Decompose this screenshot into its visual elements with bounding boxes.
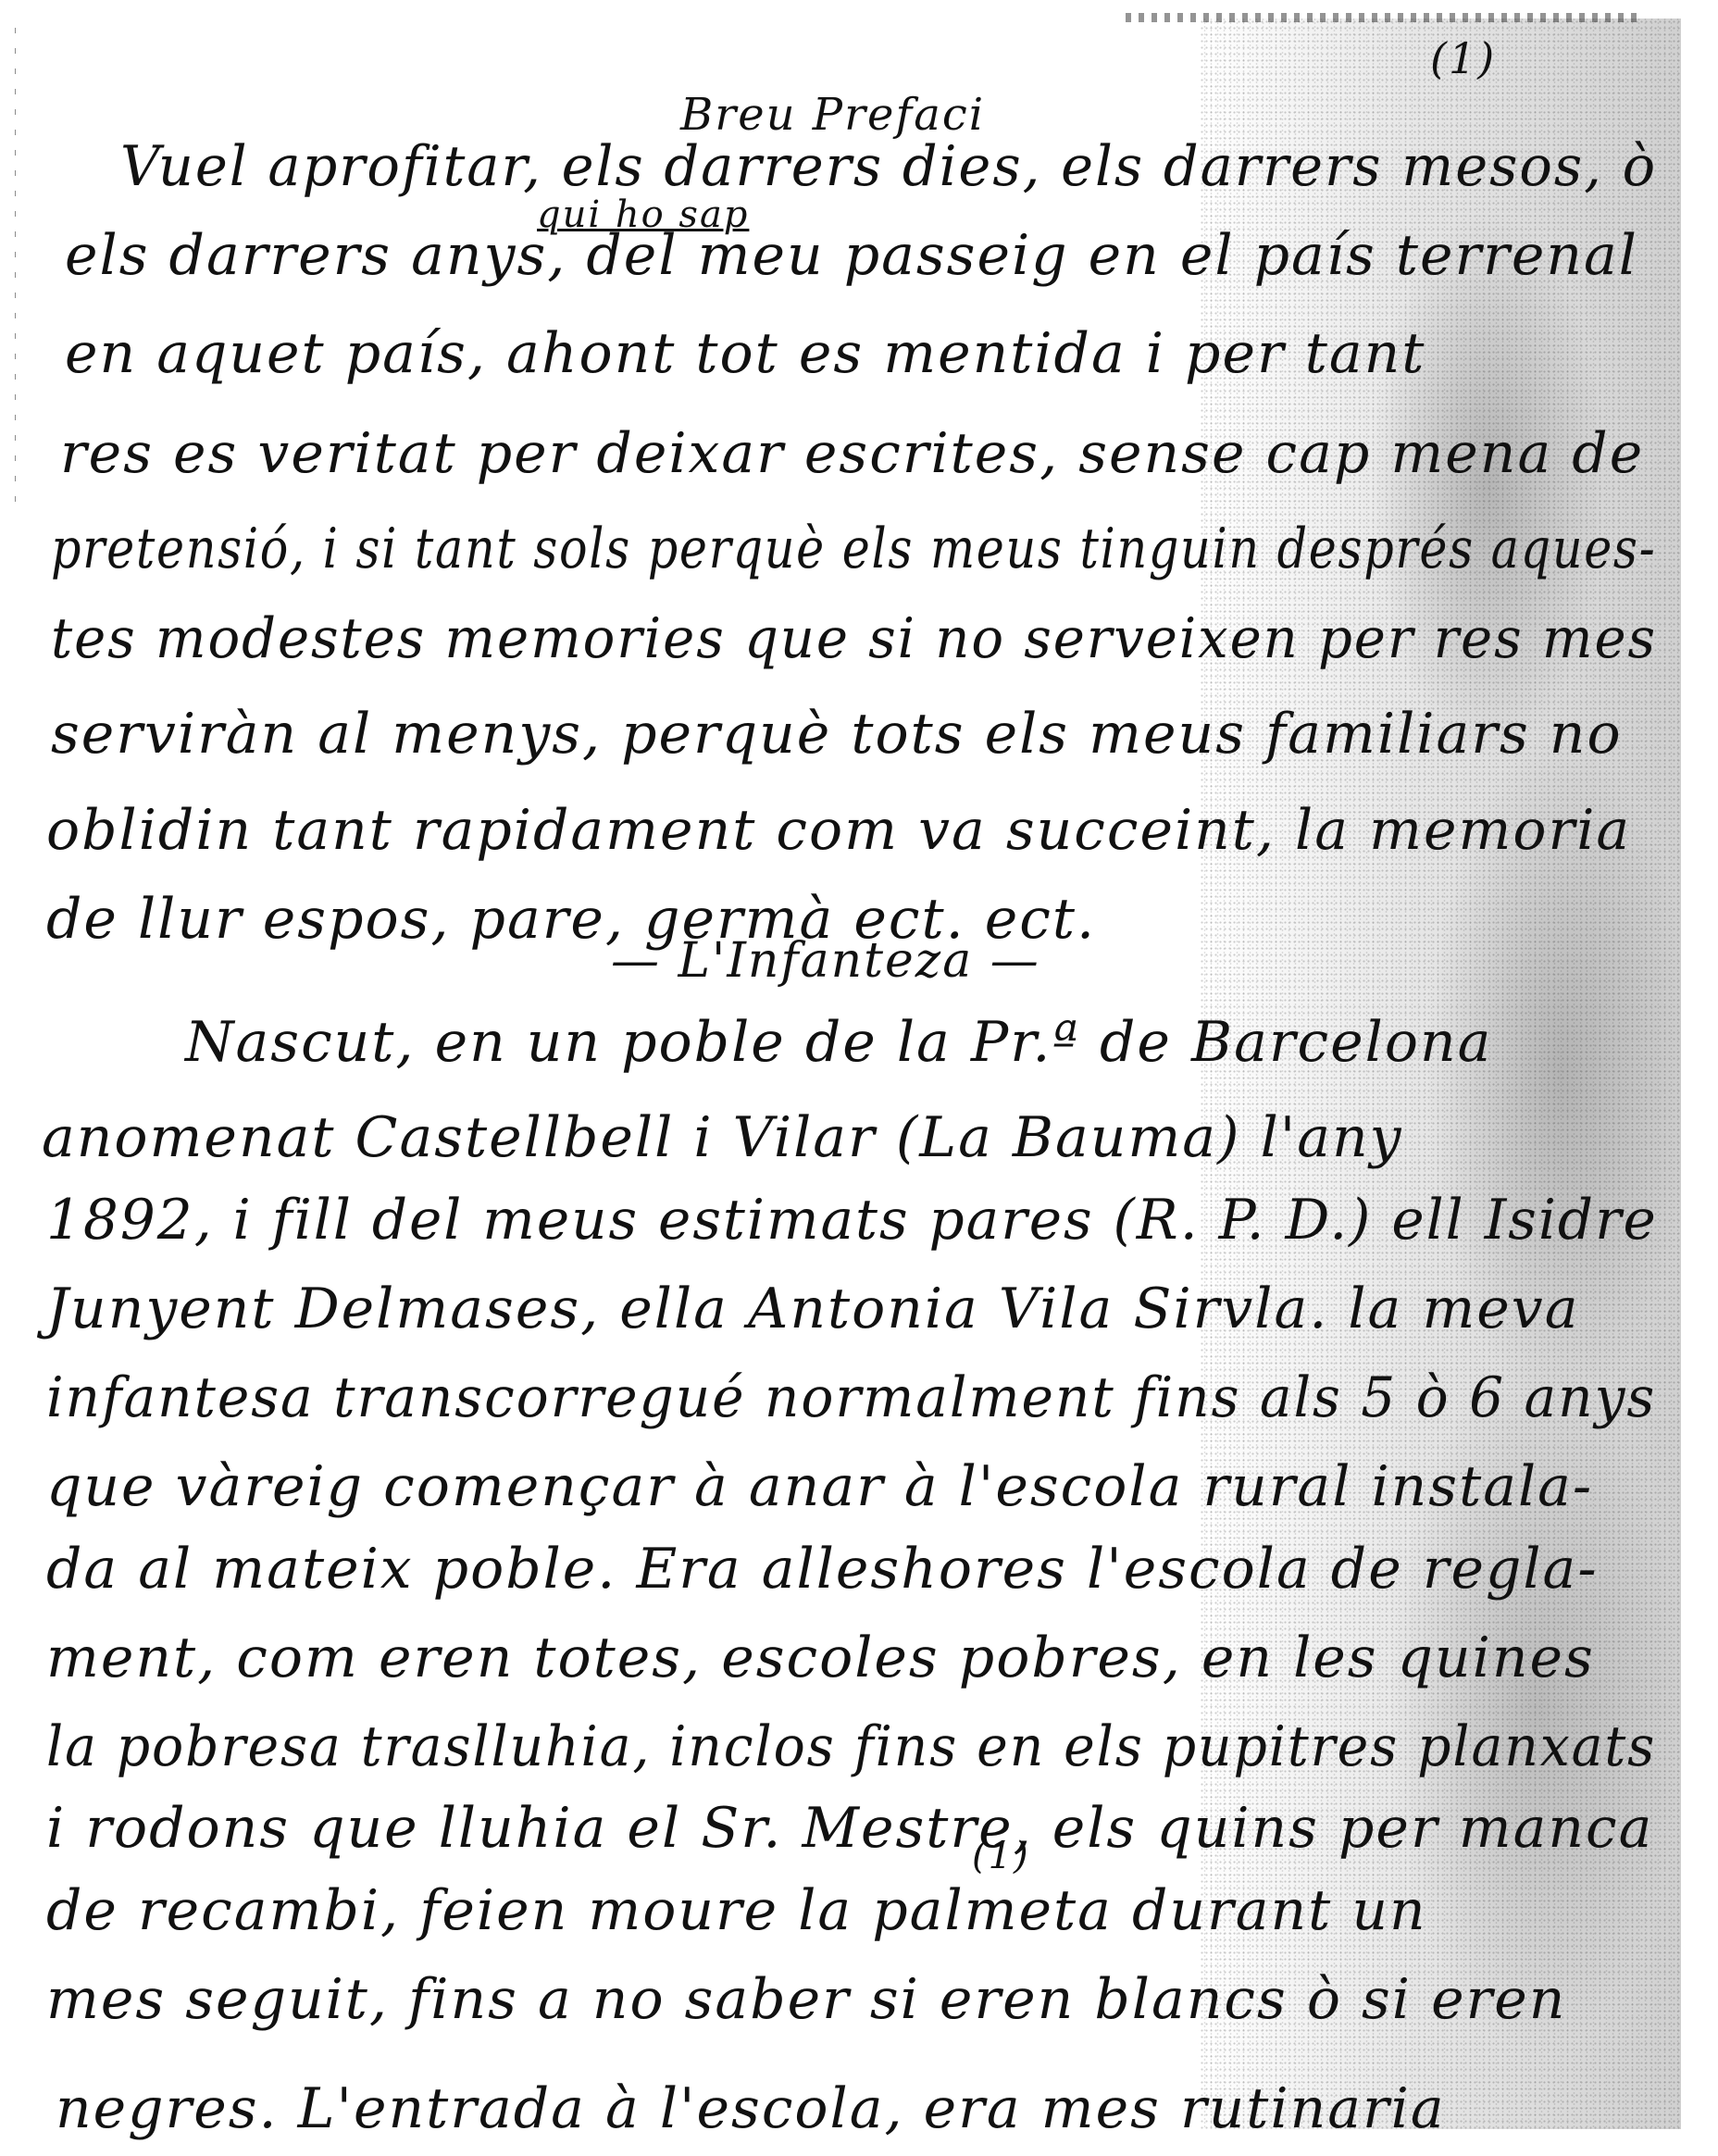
text-line-8: oblidin tant rapidament com va succeint,…	[46, 803, 1631, 858]
text-line-21: mes seguit, fins a no saber si eren blan…	[46, 1972, 1566, 2027]
text-line-10: Nascut, en un poble de la Pr.ª de Barcel…	[185, 1015, 1492, 1070]
text-line-6: tes modestes memories que si no serveixe…	[51, 611, 1657, 667]
torn-top-edge	[1126, 13, 1644, 22]
text-line-20: de recambi, feien moure la palmeta duran…	[46, 1883, 1427, 1938]
text-line-1: Vuel aprofitar, els darrers dies, els da…	[120, 139, 1657, 194]
page-number: (1)	[1430, 37, 1496, 80]
text-line-16: da al mateix poble. Era alleshores l'esc…	[46, 1541, 1599, 1597]
text-line-15: que vàreig començar à anar à l'escola ru…	[46, 1459, 1593, 1514]
footnote-marker: (1)	[972, 1838, 1030, 1875]
manuscript-page: (1) Breu Prefaci Vuel aprofitar, els dar…	[0, 0, 1681, 2129]
text-line-18: la pobresa traslluhia, inclos fins en el…	[46, 1719, 1656, 1775]
left-margin-marks	[15, 28, 16, 509]
text-line-12: 1892, i fill del meus estimats pares (R.…	[46, 1192, 1658, 1248]
text-line-19: i rodons que lluhia el Sr. Mestre, els q…	[46, 1801, 1653, 1856]
text-line-5: pretensió, i si tant sols perquè els meu…	[51, 521, 1657, 577]
section-heading: — L'Infanteza —	[611, 937, 1040, 985]
text-line-22: negres. L'entrada à l'escola, era mes ru…	[56, 2081, 1446, 2137]
text-line-11: anomenat Castellbell i Vilar (La Bauma) …	[42, 1110, 1403, 1165]
text-line-3: en aquet país, ahont tot es mentida i pe…	[65, 326, 1425, 381]
text-line-14: infantesa transcorregué normalment fins …	[46, 1370, 1656, 1426]
text-line-17: ment, com eren totes, escoles pobres, en…	[46, 1630, 1595, 1686]
text-line-13: Junyent Delmases, ella Antonia Vila Sirv…	[46, 1281, 1579, 1337]
preface-title: Breu Prefaci	[680, 93, 985, 137]
text-line-7: serviràn al menys, perquè tots els meus …	[51, 706, 1623, 762]
text-line-4: res es veritat per deixar escrites, sens…	[60, 426, 1644, 481]
text-line-2: els darrers anys, del meu passeig en el …	[65, 228, 1638, 283]
